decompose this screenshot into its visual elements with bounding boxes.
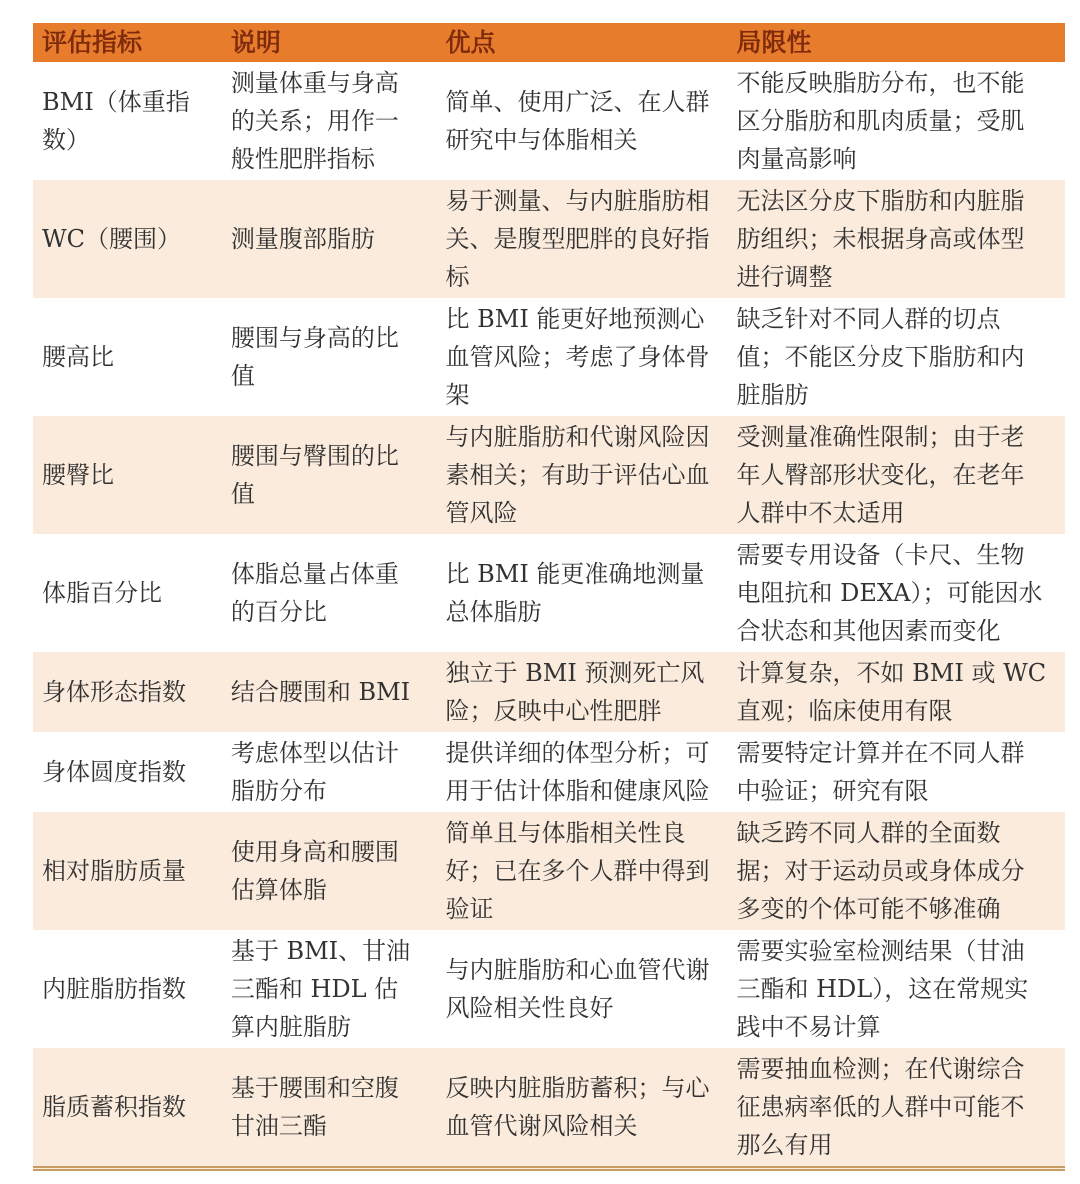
cell-description: 结合腰围和 BMI [222, 652, 437, 732]
header-cell-advantages: 优点 [436, 23, 727, 62]
cell-description: 腰围与臀围的比值 [222, 416, 437, 534]
header-cell-description: 说明 [222, 23, 437, 62]
table-row: 体脂百分比 体脂总量占体重的百分比 比 BMI 能更准确地测量总体脂肪 需要专用… [33, 534, 1065, 652]
table-row: 腰高比 腰围与身高的比值 比 BMI 能更好地预测心血管风险；考虑了身体骨架 缺… [33, 298, 1065, 416]
table-row: BMI（体重指数） 测量体重与身高的关系；用作一般性肥胖指标 简单、使用广泛、在… [33, 62, 1065, 180]
cell-description: 体脂总量占体重的百分比 [222, 534, 437, 652]
table-row: 脂质蓄积指数 基于腰围和空腹甘油三酯 反映内脏脂肪蓄积；与心血管代谢风险相关 需… [33, 1048, 1065, 1169]
cell-indicator: 身体形态指数 [33, 652, 222, 732]
cell-indicator: 相对脂肪质量 [33, 812, 222, 930]
table-row: 身体形态指数 结合腰围和 BMI 独立于 BMI 预测死亡风险；反映中心性肥胖 … [33, 652, 1065, 732]
cell-advantages: 反映内脏脂肪蓄积；与心血管代谢风险相关 [436, 1048, 727, 1169]
table-row: 相对脂肪质量 使用身高和腰围估算体脂 简单且与体脂相关性良好；已在多个人群中得到… [33, 812, 1065, 930]
table-row: 内脏脂肪指数 基于 BMI、甘油三酯和 HDL 估算内脏脂肪 与内脏脂肪和心血管… [33, 930, 1065, 1048]
cell-description: 测量体重与身高的关系；用作一般性肥胖指标 [222, 62, 437, 180]
cell-description: 使用身高和腰围估算体脂 [222, 812, 437, 930]
cell-description: 腰围与身高的比值 [222, 298, 437, 416]
cell-advantages: 提供详细的体型分析；可用于估计体脂和健康风险 [436, 732, 727, 812]
table: 评估指标 说明 优点 局限性 BMI（体重指数） 测量体重与身高的关系；用作一般… [33, 23, 1065, 1171]
cell-limitations: 不能反映脂肪分布，也不能区分脂肪和肌肉质量；受肌肉量高影响 [728, 62, 1066, 180]
document-page: 评估指标 说明 优点 局限性 BMI（体重指数） 测量体重与身高的关系；用作一般… [0, 0, 1080, 1184]
cell-advantages: 比 BMI 能更准确地测量总体脂肪 [436, 534, 727, 652]
assessment-metrics-table: 评估指标 说明 优点 局限性 BMI（体重指数） 测量体重与身高的关系；用作一般… [33, 23, 1065, 1171]
cell-limitations: 需要抽血检测；在代谢综合征患病率低的人群中可能不那么有用 [728, 1048, 1066, 1169]
cell-advantages: 与内脏脂肪和代谢风险因素相关；有助于评估心血管风险 [436, 416, 727, 534]
cell-indicator: BMI（体重指数） [33, 62, 222, 180]
cell-indicator: WC（腰围） [33, 180, 222, 298]
cell-indicator: 脂质蓄积指数 [33, 1048, 222, 1169]
header-cell-indicator: 评估指标 [33, 23, 222, 62]
cell-description: 基于腰围和空腹甘油三酯 [222, 1048, 437, 1169]
cell-advantages: 简单、使用广泛、在人群研究中与体脂相关 [436, 62, 727, 180]
cell-description: 测量腹部脂肪 [222, 180, 437, 298]
cell-advantages: 易于测量、与内脏脂肪相关、是腹型肥胖的良好指标 [436, 180, 727, 298]
cell-limitations: 计算复杂，不如 BMI 或 WC 直观；临床使用有限 [728, 652, 1066, 732]
cell-indicator: 腰臀比 [33, 416, 222, 534]
cell-indicator: 腰高比 [33, 298, 222, 416]
cell-advantages: 与内脏脂肪和心血管代谢风险相关性良好 [436, 930, 727, 1048]
cell-description: 考虑体型以估计脂肪分布 [222, 732, 437, 812]
cell-indicator: 内脏脂肪指数 [33, 930, 222, 1048]
cell-limitations: 无法区分皮下脂肪和内脏脂肪组织；未根据身高或体型进行调整 [728, 180, 1066, 298]
cell-limitations: 需要实验室检测结果（甘油三酯和 HDL），这在常规实践中不易计算 [728, 930, 1066, 1048]
table-header-row: 评估指标 说明 优点 局限性 [33, 23, 1065, 62]
table-row: 身体圆度指数 考虑体型以估计脂肪分布 提供详细的体型分析；可用于估计体脂和健康风… [33, 732, 1065, 812]
table-row: WC（腰围） 测量腹部脂肪 易于测量、与内脏脂肪相关、是腹型肥胖的良好指标 无法… [33, 180, 1065, 298]
cell-advantages: 独立于 BMI 预测死亡风险；反映中心性肥胖 [436, 652, 727, 732]
cell-limitations: 受测量准确性限制；由于老年人臀部形状变化，在老年人群中不太适用 [728, 416, 1066, 534]
cell-description: 基于 BMI、甘油三酯和 HDL 估算内脏脂肪 [222, 930, 437, 1048]
cell-limitations: 缺乏跨不同人群的全面数据；对于运动员或身体成分多变的个体可能不够准确 [728, 812, 1066, 930]
cell-indicator: 身体圆度指数 [33, 732, 222, 812]
cell-limitations: 需要专用设备（卡尺、生物电阻抗和 DEXA）；可能因水合状态和其他因素而变化 [728, 534, 1066, 652]
cell-advantages: 比 BMI 能更好地预测心血管风险；考虑了身体骨架 [436, 298, 727, 416]
header-cell-limitations: 局限性 [728, 23, 1066, 62]
cell-advantages: 简单且与体脂相关性良好；已在多个人群中得到验证 [436, 812, 727, 930]
cell-limitations: 缺乏针对不同人群的切点值；不能区分皮下脂肪和内脏脂肪 [728, 298, 1066, 416]
cell-indicator: 体脂百分比 [33, 534, 222, 652]
table-row: 腰臀比 腰围与臀围的比值 与内脏脂肪和代谢风险因素相关；有助于评估心血管风险 受… [33, 416, 1065, 534]
cell-limitations: 需要特定计算并在不同人群中验证；研究有限 [728, 732, 1066, 812]
